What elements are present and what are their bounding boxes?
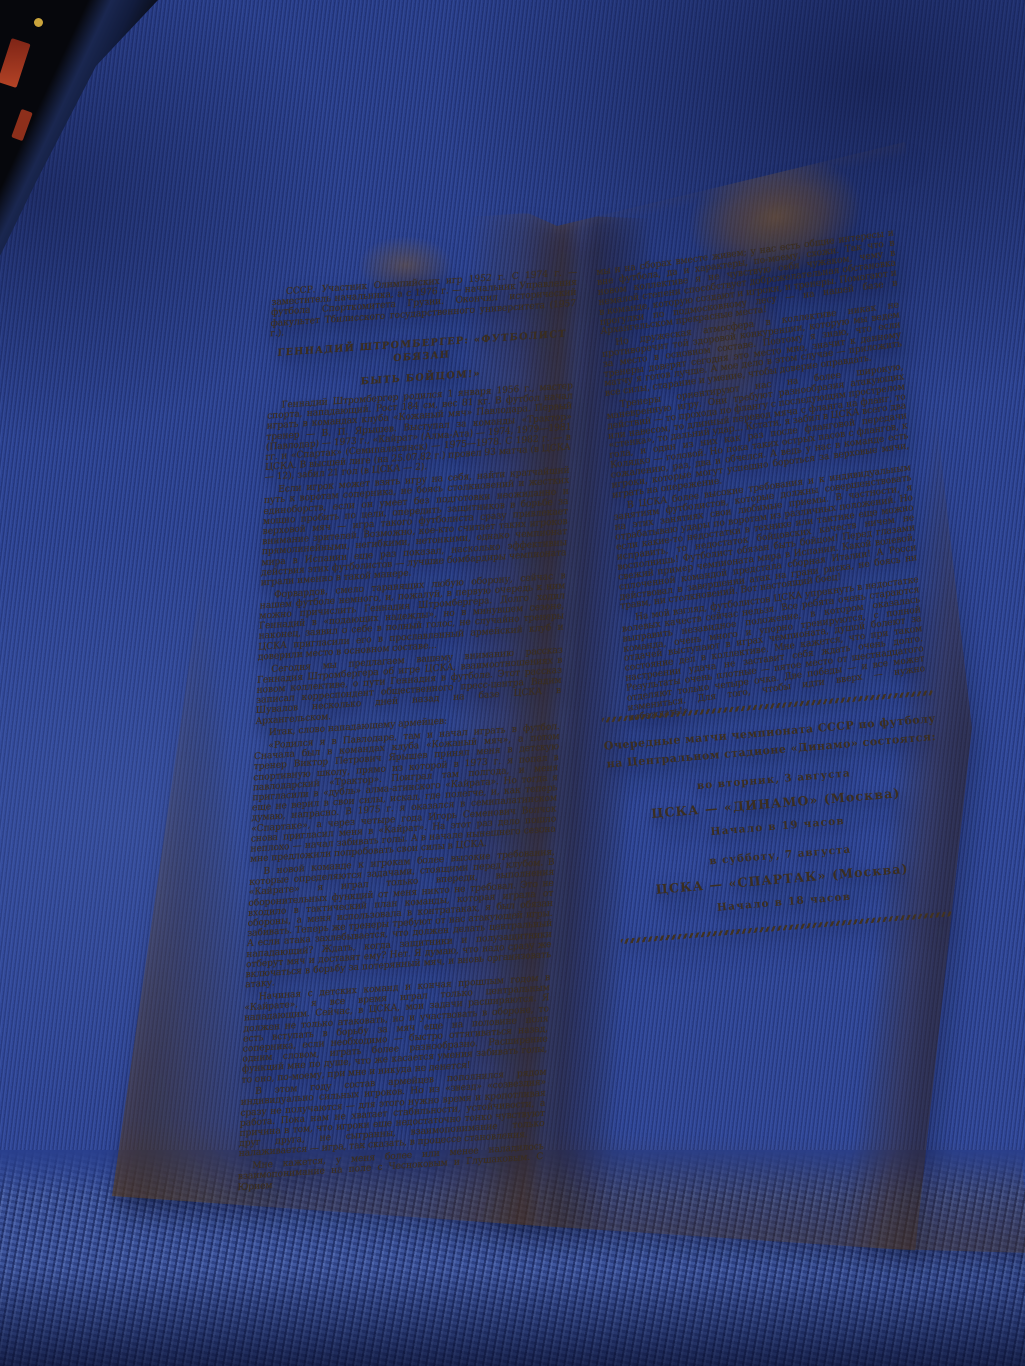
article-paragraph: В новой команде к игрокам более высокие … [245, 847, 555, 990]
article-header-note: СССР. Участник Олимпийских игр 1952 г. С… [270, 268, 577, 340]
right-page-text: мы и на сборах вместе живем; у нас есть … [596, 228, 926, 726]
schedule-announcement: Очередные матчи чемпионата СССР по футбо… [600, 690, 954, 944]
article-paragraph: «Родился я в Павлодаре, там и начал игра… [250, 722, 560, 865]
open-booklet: СССР. Участник Олимпийских игр 1952 г. С… [0, 0, 1025, 1366]
bottom-edge-shadow [89, 1117, 1025, 1253]
booklet-wrapper: СССР. Участник Олимпийских игр 1952 г. С… [0, 0, 1025, 1366]
left-page-text: СССР. Участник Олимпийских игр 1952 г. С… [237, 268, 577, 1196]
article-paragraph: Если игрок может взять игру на себя, най… [260, 466, 569, 589]
